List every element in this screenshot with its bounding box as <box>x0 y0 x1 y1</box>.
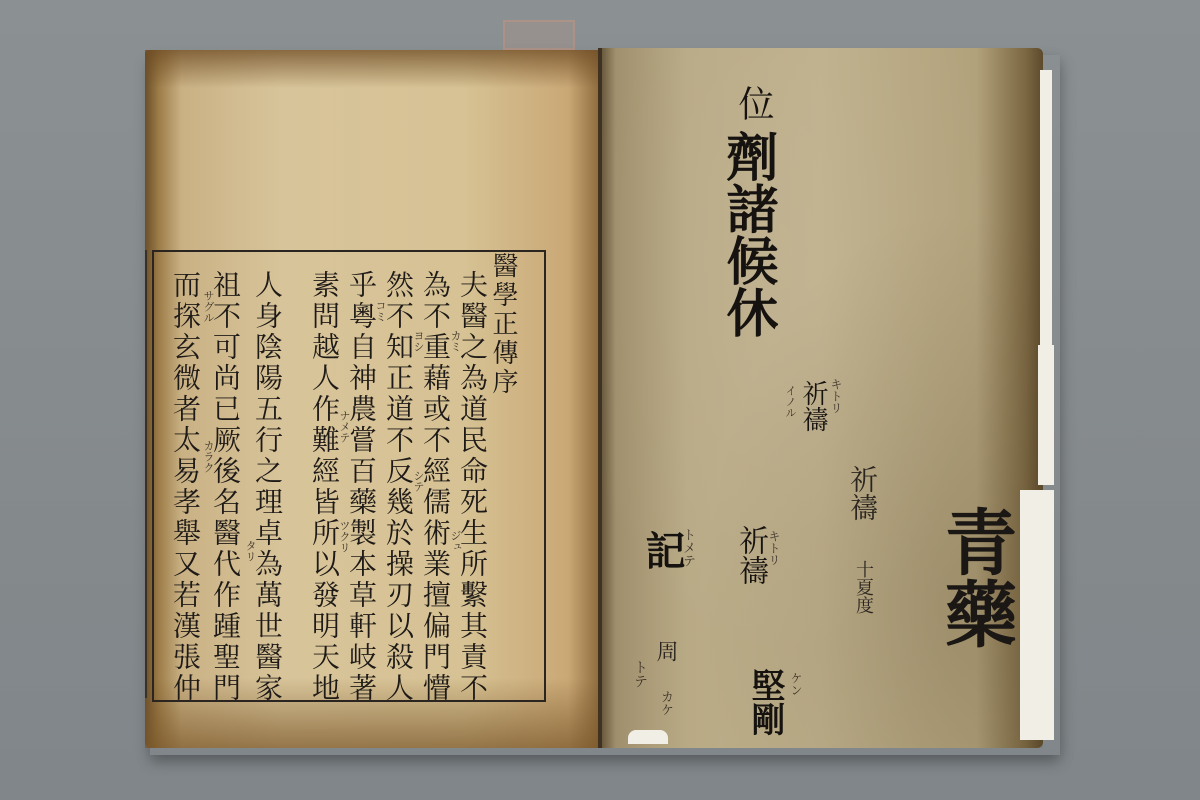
text-column-5: 素問越人作難經皆所以發明天地 <box>309 270 339 704</box>
torn-edge <box>628 730 668 744</box>
katakana-gloss: カラク <box>200 440 216 473</box>
faint-stamp-mark <box>503 20 575 50</box>
katakana-gloss: ヨシ <box>410 330 426 352</box>
katakana-gloss: タリ <box>242 540 258 562</box>
inscription-kana: トテ <box>630 660 650 688</box>
katakana-gloss: ナメテ <box>336 410 352 443</box>
torn-edge <box>1038 345 1054 485</box>
katakana-gloss: コミ <box>372 300 388 322</box>
inscription-gloss: トメテ <box>678 528 697 567</box>
inscription-green-medicine: 青藥 <box>935 505 1015 649</box>
text-column-7: 祖不可尚已厥後名醫代作踵聖門 <box>210 270 240 704</box>
inscription-side-gloss: イノル <box>782 385 798 418</box>
inscription-firm: 堅剛 <box>748 668 782 736</box>
text-column-3: 然不知正道不反幾於操刃以殺人 <box>383 270 413 704</box>
inscription-prayer-2: 祈禱 <box>842 465 882 521</box>
text-column-4: 乎粵自神農嘗百藥製本草軒岐著 <box>346 270 376 704</box>
katakana-gloss: カミ <box>447 330 463 352</box>
katakana-gloss: シテ <box>410 470 426 492</box>
preface-title: 醫學正傳序 <box>488 252 518 397</box>
torn-edge <box>1020 490 1054 740</box>
inscription-gloss: ケン <box>788 672 805 696</box>
left-page-top-stain <box>145 50 600 88</box>
inscription-gloss: キトリ <box>766 530 783 566</box>
inscription-top: 位 <box>728 85 779 121</box>
inscription-circle: 周 <box>650 640 681 662</box>
katakana-gloss: サグル <box>200 290 216 323</box>
text-column-6: 人身陰陽五行之理卓為萬世醫家 <box>252 270 282 704</box>
inscription-large-brush: 劑諸候休 <box>720 130 774 338</box>
katakana-gloss: ツクリ <box>336 520 352 553</box>
inscription-note: 十夏度 <box>850 560 876 614</box>
inscription-prayer: 祈禱 <box>795 380 832 432</box>
katakana-gloss: ジュ <box>447 530 463 552</box>
page-fold <box>598 48 602 748</box>
text-column-8: 而探玄微者太易孝舉又若漢張仲 <box>170 270 200 704</box>
inscription-kana: カケ <box>656 690 675 716</box>
torn-edge <box>1040 70 1052 350</box>
inscription-gloss: キトリ <box>828 378 845 414</box>
